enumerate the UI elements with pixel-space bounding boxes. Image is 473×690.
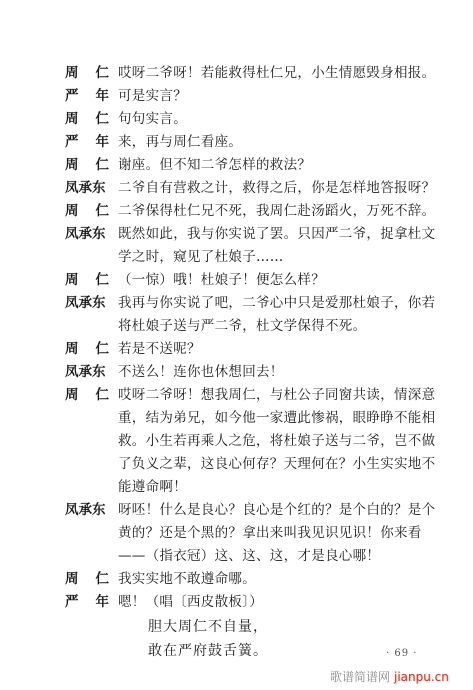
speaker-name: 凤承东 [65, 499, 115, 521]
speaker-char: 严 [65, 85, 79, 107]
dialogue-text: 谢座。但不知二爷怎样的救法？ [118, 154, 311, 176]
speaker-char: 仁 [96, 568, 110, 590]
speaker-char: 年 [96, 85, 110, 107]
speaker-char: 仁 [96, 154, 110, 176]
dialogue-text: 能遵命啊！ [118, 476, 187, 498]
speaker-name: 周仁 [65, 338, 109, 360]
speaker-name: 周仁 [65, 568, 109, 590]
speaker-char: 周 [65, 568, 79, 590]
dialogue-text: （一惊）哦！杜娘子！便怎么样？ [118, 269, 325, 291]
speaker-char: 周 [65, 384, 79, 406]
dialogue-line: 凤承东既然如此，我与你实说了罢。只因严二爷，捉拿杜文 [0, 223, 473, 245]
dialogue-line: 凤承东二爷自有营救之计，救得之后，你是怎样地答报呀？ [0, 177, 473, 199]
speaker-name: 周仁 [65, 200, 109, 222]
speaker-char: 仁 [96, 108, 110, 130]
speaker-char: 仁 [96, 200, 110, 222]
dialogue-text: 不送么！连你也休想回去！ [118, 361, 284, 383]
speaker-char: 凤承东 [65, 364, 106, 380]
dialogue-text: 救。小生若再乘人之危，将杜娘子送与二爷，岂不做 [118, 430, 435, 452]
dialogue-line: ——（指衣冠）这、这、这，才是良心哪！ [0, 545, 473, 567]
speaker-char: 年 [96, 591, 110, 613]
dialogue-line: 严年可是实言？ [0, 85, 473, 107]
dialogue-line: 周仁若是不送呢？ [0, 338, 473, 360]
speaker-char: 周 [65, 269, 79, 291]
speaker-char: 仁 [96, 62, 110, 84]
speaker-name: 凤承东 [65, 223, 115, 245]
dialogue-text: 哎呀二爷呀！想我周仁，与杜公子同窗共读，情深意 [118, 384, 435, 406]
dialogue-line: 重，结为弟兄，如今他一家遭此惨祸，眼睁睁不能相 [0, 407, 473, 429]
dialogue-line: 周仁哎呀二爷呀！想我周仁，与杜公子同窗共读，情深意 [0, 384, 473, 406]
speaker-name: 周仁 [65, 269, 109, 291]
script-page: 周仁哎呀二爷呀！若能救得杜仁兄，小生情愿毁身相报。严年可是实言？周仁句句实言。严… [0, 0, 473, 690]
speaker-char: 周 [65, 62, 79, 84]
dialogue-text: 将杜娘子送与严二爷，杜文学保得不死。 [118, 315, 366, 337]
speaker-name: 周仁 [65, 384, 109, 406]
dialogue-text: 既然如此，我与你实说了罢。只因严二爷，捉拿杜文 [118, 223, 435, 245]
dialogue-text: 学之时，窥见了杜娘子…… [118, 246, 284, 268]
dialogue-text: 可是实言？ [118, 85, 187, 107]
dialogue-text: 二爷自有营救之计，救得之后，你是怎样地答报呀？ [118, 177, 435, 199]
dialogue-text: 重，结为弟兄，如今他一家遭此惨祸，眼睁睁不能相 [118, 407, 435, 429]
speaker-char: 周 [65, 338, 79, 360]
speaker-char: 周 [65, 154, 79, 176]
dialogue-line: 周仁谢座。但不知二爷怎样的救法？ [0, 154, 473, 176]
speaker-char: 凤承东 [65, 295, 106, 311]
dialogue-line: 周仁句句实言。 [0, 108, 473, 130]
dialogue-text: 我实实地不敢遵命哪。 [118, 568, 256, 590]
watermark: 歌谱简谱网jianpu.cn [330, 668, 449, 685]
dialogue-line: 凤承东我再与你实说了吧，二爷心中只是爱那杜娘子，你若 [0, 292, 473, 314]
dialogue-text: 我再与你实说了吧，二爷心中只是爱那杜娘子，你若 [118, 292, 435, 314]
speaker-char: 仁 [96, 384, 110, 406]
dialogue-line: 黄的？还是个黑的？拿出来叫我见识见识！你来看 [0, 522, 473, 544]
dialogue-line: 凤承东不送么！连你也休想回去！ [0, 361, 473, 383]
speaker-char: 年 [96, 131, 110, 153]
speaker-name: 严年 [65, 591, 109, 613]
dialogue-text: 哎呀二爷呀！若能救得杜仁兄，小生情愿毁身相报。 [118, 62, 435, 84]
dialogue-line: 了负义之辈，这良心何存？天理何在？小生实实地不 [0, 453, 473, 475]
dialogue-line: 能遵命啊！ [0, 476, 473, 498]
dialogue-text: 来，再与周仁看座。 [118, 131, 242, 153]
dialogue-text: 若是不送呢？ [118, 338, 201, 360]
speaker-name: 严年 [65, 131, 109, 153]
speaker-char: 仁 [96, 269, 110, 291]
verse-text: 敢在严府鼓舌簧。 [148, 640, 268, 662]
dialogue-text: 呀呸！什么是良心？良心是个红的？是个白的？是个 [118, 499, 435, 521]
speaker-char: 周 [65, 108, 79, 130]
speaker-char: 凤承东 [65, 502, 106, 518]
speaker-name: 周仁 [65, 108, 109, 130]
speaker-name: 凤承东 [65, 177, 115, 199]
dialogue-text: 句句实言。 [118, 108, 187, 130]
verse-line: 胆大周仁不自量， [0, 616, 473, 638]
dialogue-line: 严年来，再与周仁看座。 [0, 131, 473, 153]
speaker-char: 凤承东 [65, 226, 106, 242]
dialogue-line: 周仁（一惊）哦！杜娘子！便怎么样？ [0, 269, 473, 291]
dialogue-text: ——（指衣冠）这、这、这，才是良心哪！ [118, 545, 380, 567]
dialogue-line: 将杜娘子送与严二爷，杜文学保得不死。 [0, 315, 473, 337]
watermark-en: jianpu.cn [394, 670, 449, 684]
speaker-name: 凤承东 [65, 361, 115, 383]
dialogue-line: 救。小生若再乘人之危，将杜娘子送与二爷，岂不做 [0, 430, 473, 452]
page-number: · 69 · [386, 648, 417, 659]
dialogue-text: 了负义之辈，这良心何存？天理何在？小生实实地不 [118, 453, 435, 475]
dialogue-text: 二爷保得杜仁兄不死，我周仁赴汤蹈火，万死不辞。 [118, 200, 435, 222]
dialogue-line: 学之时，窥见了杜娘子…… [0, 246, 473, 268]
speaker-name: 凤承东 [65, 292, 115, 314]
speaker-char: 凤承东 [65, 180, 106, 196]
dialogue-line: 凤承东呀呸！什么是良心？良心是个红的？是个白的？是个 [0, 499, 473, 521]
speaker-char: 仁 [96, 338, 110, 360]
dialogue-line: 周仁哎呀二爷呀！若能救得杜仁兄，小生情愿毁身相报。 [0, 62, 473, 84]
speaker-char: 严 [65, 591, 79, 613]
dialogue-text: 黄的？还是个黑的？拿出来叫我见识见识！你来看 [118, 522, 422, 544]
speaker-name: 严年 [65, 85, 109, 107]
watermark-cn: 歌谱简谱网 [330, 670, 390, 684]
speaker-char: 周 [65, 200, 79, 222]
dialogue-line: 严年嗯！（唱〔西皮散板〕） [0, 591, 473, 613]
speaker-name: 周仁 [65, 154, 109, 176]
dialogue-line: 周仁我实实地不敢遵命哪。 [0, 568, 473, 590]
dialogue-text: 嗯！（唱〔西皮散板〕） [118, 591, 263, 613]
dialogue-line: 周仁二爷保得杜仁兄不死，我周仁赴汤蹈火，万死不辞。 [0, 200, 473, 222]
speaker-char: 严 [65, 131, 79, 153]
verse-text: 胆大周仁不自量， [148, 616, 268, 638]
speaker-name: 周仁 [65, 62, 109, 84]
